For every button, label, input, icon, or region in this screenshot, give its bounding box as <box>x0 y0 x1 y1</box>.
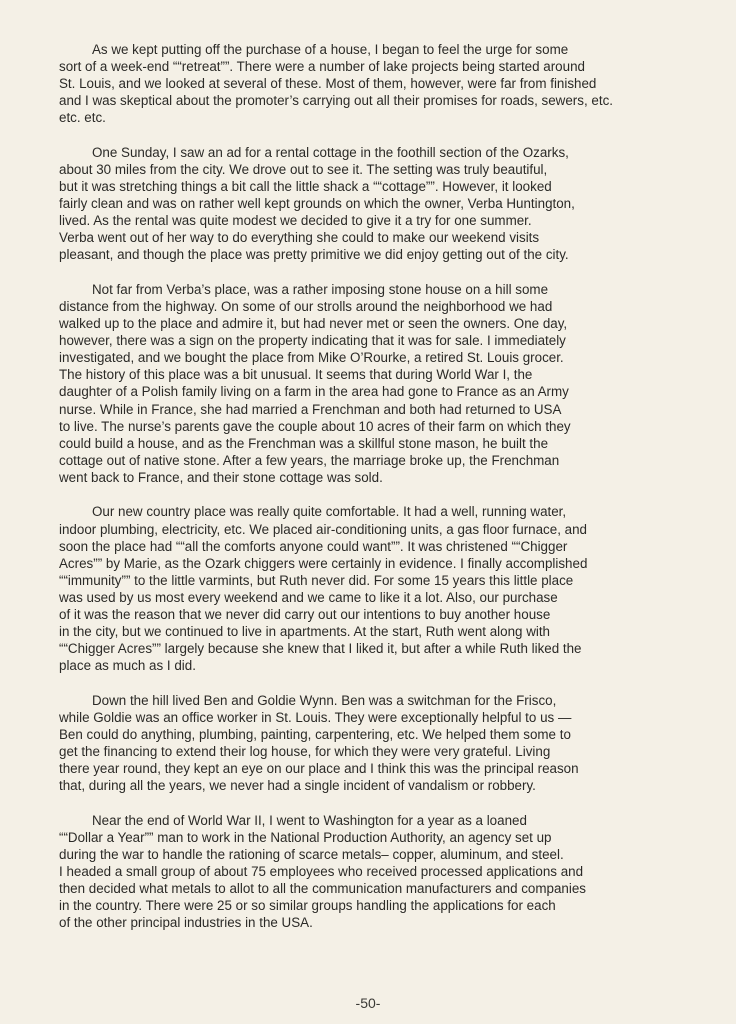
paragraph: Our new country place was really quite c… <box>59 503 683 674</box>
text-line: Our new country place was really quite c… <box>59 503 683 520</box>
text-line: Down the hill lived Ben and Goldie Wynn.… <box>59 692 683 709</box>
text-line: fairly clean and was on rather well kept… <box>59 195 683 212</box>
text-line: however, there was a sign on the propert… <box>59 332 683 349</box>
page-number: -50- <box>0 995 736 1011</box>
text-line: but it was stretching things a bit call … <box>59 178 683 195</box>
text-line: lived. As the rental was quite modest we… <box>59 212 683 229</box>
text-line: Not far from Verba’s place, was a rather… <box>59 281 683 298</box>
text-line: in the city, but we continued to live in… <box>59 623 683 640</box>
text-line: could build a house, and as the Frenchma… <box>59 435 683 452</box>
text-line: St. Louis, and we looked at several of t… <box>59 75 683 92</box>
paragraph: Down the hill lived Ben and Goldie Wynn.… <box>59 692 683 795</box>
text-line: The history of this place was a bit unus… <box>59 366 683 383</box>
text-line: get the financing to extend their log ho… <box>59 743 683 760</box>
text-line: went back to France, and their stone cot… <box>59 469 683 486</box>
paragraph: As we kept putting off the purchase of a… <box>59 41 683 126</box>
text-line: One Sunday, I saw an ad for a rental cot… <box>59 144 683 161</box>
text-line: investigated, and we bought the place fr… <box>59 349 683 366</box>
text-line: soon the place had ““all the comforts an… <box>59 538 683 555</box>
text-line: place as much as I did. <box>59 657 683 674</box>
text-line: pleasant, and though the place was prett… <box>59 246 683 263</box>
text-line: walked up to the place and admire it, bu… <box>59 315 683 332</box>
text-line: in the country. There were 25 or so simi… <box>59 897 683 914</box>
text-line: while Goldie was an office worker in St.… <box>59 709 683 726</box>
text-line: Acres”” by Marie, as the Ozark chiggers … <box>59 555 683 572</box>
text-line: Near the end of World War II, I went to … <box>59 812 683 829</box>
text-line: sort of a week-end ““retreat””. There we… <box>59 58 683 75</box>
text-line: I headed a small group of about 75 emplo… <box>59 863 683 880</box>
text-line: ““Chigger Acres”” largely because she kn… <box>59 640 683 657</box>
text-line: there year round, they kept an eye on ou… <box>59 760 683 777</box>
text-line: etc. etc. <box>59 109 683 126</box>
text-line: that, during all the years, we never had… <box>59 777 683 794</box>
paragraph: Not far from Verba’s place, was a rather… <box>59 281 683 486</box>
paragraph: One Sunday, I saw an ad for a rental cot… <box>59 144 683 264</box>
text-line: As we kept putting off the purchase of a… <box>59 41 683 58</box>
paragraph: Near the end of World War II, I went to … <box>59 812 683 932</box>
text-line: distance from the highway. On some of ou… <box>59 298 683 315</box>
text-line: of the other principal industries in the… <box>59 914 683 931</box>
text-line: ““Dollar a Year”” man to work in the Nat… <box>59 829 683 846</box>
text-line: and I was skeptical about the promoter’s… <box>59 92 683 109</box>
text-line: daughter of a Polish family living on a … <box>59 383 683 400</box>
text-line: indoor plumbing, electricity, etc. We pl… <box>59 521 683 538</box>
text-line: nurse. While in France, she had married … <box>59 401 683 418</box>
text-line: of it was the reason that we never did c… <box>59 606 683 623</box>
text-line: about 30 miles from the city. We drove o… <box>59 161 683 178</box>
text-line: Verba went out of her way to do everythi… <box>59 229 683 246</box>
text-line: then decided what metals to allot to all… <box>59 880 683 897</box>
text-line: was used by us most every weekend and we… <box>59 589 683 606</box>
text-line: Ben could do anything, plumbing, paintin… <box>59 726 683 743</box>
document-body: As we kept putting off the purchase of a… <box>59 41 683 949</box>
text-line: ““immunity”” to the little varmints, but… <box>59 572 683 589</box>
text-line: to live. The nurse’s parents gave the co… <box>59 418 683 435</box>
text-line: cottage out of native stone. After a few… <box>59 452 683 469</box>
text-line: during the war to handle the rationing o… <box>59 846 683 863</box>
